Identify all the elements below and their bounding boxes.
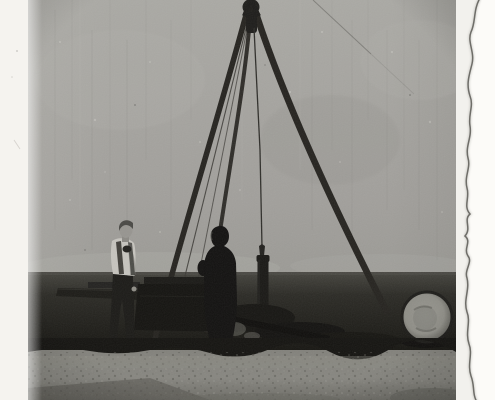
photograph <box>0 0 495 400</box>
print-border-left <box>0 0 28 400</box>
vignette <box>28 0 456 400</box>
edge-glow <box>28 0 42 400</box>
photo-scene <box>0 0 495 400</box>
photo-image <box>20 0 480 400</box>
